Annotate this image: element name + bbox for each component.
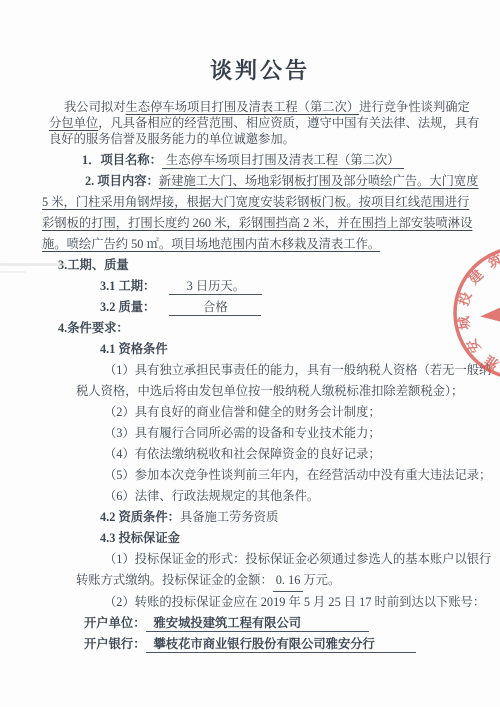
bid-bond-heading: 4.3 投标保证金 xyxy=(100,528,476,549)
intro-line-3: 良好的服务信誉及服务能力的单位诚邀参加。 xyxy=(49,131,476,147)
quality-value: 合格 xyxy=(169,300,261,316)
condition-text: （4）有依法缴纳税收和社会保障资金的良好记录； xyxy=(76,447,381,461)
condition-4: （4）有依法缴纳税收和社会保障资金的良好记录； xyxy=(76,444,476,465)
bank-row: 开户银行：攀枝花市商业银行股份有限公司雅安分行 xyxy=(84,634,476,655)
project-content-label: 2. 项目内容： xyxy=(85,174,159,188)
bank-label: 开户银行： xyxy=(84,637,146,651)
condition-5: （5）参加本次竞争性谈判前三年内，在经营活动中没有重大违法记录； xyxy=(76,465,476,486)
bid-bond-amount-pre: 转账方式缴纳。投标保证金的金额： xyxy=(76,573,273,587)
project-name-value: 生态停车场项目打围及清表工程（第二次） xyxy=(162,153,404,169)
bid-bond-deadline: （2）转账的投标保证金应在 2019 年 5 月 25 日 17 时前到达以下账… xyxy=(76,592,476,613)
condition-6: （6）法律、行政法规规定的其他条件。 xyxy=(76,486,476,507)
project-content-line-2: 5 米，门柱采用角钢焊接，根据大门宽度安装彩钢板门板。按项目红线范围进行 xyxy=(42,192,476,213)
condition-text: （5）参加本次竞争性谈判前三年内，在经营活动中没有重大违法记录； xyxy=(76,468,491,482)
document-content: 谈判公告 我公司拟对生态停车场项目打围及清表工程（第二次）进行竞争性谈判确定 分… xyxy=(44,0,476,655)
subcontract-unit-underlined: 分包单位 xyxy=(49,116,98,130)
intro-text: ，凡具备相应的经营范围、相应资质，遵守中国有关法律、法规，具有 xyxy=(98,116,479,130)
quality-label: 3.2 质量： xyxy=(100,300,155,314)
condition-1: （1）具有独立承担民事责任的能力，具有一般纳税人资格（若无一般纳 税人资格，中选… xyxy=(76,360,476,402)
condition-2: （2）具有良好的商业信誉和健全的财务会计制度； xyxy=(76,402,476,423)
intro-text: 进行竞争性谈判确定 xyxy=(359,100,470,114)
qualification-heading: 4.1 资格条件 xyxy=(100,339,476,360)
condition-text: （3）具有履行合同所必需的设备和专业技术能力； xyxy=(76,426,381,440)
project-name-label: 1．项目名称： xyxy=(82,153,162,167)
bid-bond-amount-value: 0. 16 xyxy=(273,570,304,592)
condition-text: （2）具有良好的商业信誉和健全的财务会计制度； xyxy=(76,405,381,419)
bid-bond-deadline-text: （2）转账的投标保证金应在 2019 年 5 月 25 日 17 时前到达以下账… xyxy=(76,595,485,609)
account-name-row: 开户单位：雅安城投建筑工程有限公司 xyxy=(84,613,476,634)
condition-text: （6）法律、行政法规规定的其他条件。 xyxy=(76,489,319,503)
duration-label: 3.1 工期： xyxy=(100,279,155,293)
document-body: 1．项目名称：生态停车场项目打围及清表工程（第二次） 2. 项目内容：新建施工大… xyxy=(44,150,476,655)
intro-line-2: 分包单位，凡具备相应的经营范围、相应资质，遵守中国有关法律、法规，具有 xyxy=(49,115,476,131)
project-content-section: 2. 项目内容：新建施工大门、场地彩钢板打围及部分喷绘广告。大门宽度 5 米，门… xyxy=(42,171,476,255)
intro-paragraph: 我公司拟对生态停车场项目打围及清表工程（第二次）进行竞争性谈判确定 分包单位，凡… xyxy=(49,99,476,147)
project-content-line-3: 彩钢板的打围，打围长度约 260 米，彩钢围挡高 2 米，并在围挡上部安装喷淋设 xyxy=(42,213,476,234)
section-3-heading: 3.工期、质量 xyxy=(58,255,476,276)
scan-smudge xyxy=(0,263,66,266)
seal-star-icon xyxy=(480,276,500,352)
project-content-line-4: 施。喷绘广告约 50 ㎡。项目场地范围内苗木移栽及清表工作。 xyxy=(42,234,476,255)
bid-bond-form-line-2: 转账方式缴纳。投标保证金的金额：0. 16万元。 xyxy=(76,570,476,592)
scan-smudge xyxy=(0,271,26,273)
account-name-label: 开户单位： xyxy=(84,616,146,630)
qualification-requirement-label: 4.2 资质条件： xyxy=(100,510,180,524)
qualification-requirement-row: 4.2 资质条件：具备施工劳务资质 xyxy=(100,507,476,528)
project-content-text: 新建施工大门、场地彩钢板打围及部分喷绘广告。大门宽度 xyxy=(159,174,479,188)
project-name-underlined: 生态停车场项目打围及清表工程（第二次） xyxy=(126,100,360,114)
project-content-line-1: 2. 项目内容：新建施工大门、场地彩钢板打围及部分喷绘广告。大门宽度 xyxy=(42,171,476,192)
intro-line-1: 我公司拟对生态停车场项目打围及清表工程（第二次）进行竞争性谈判确定 xyxy=(49,99,476,115)
quality-row: 3.2 质量：合格 xyxy=(100,297,476,318)
condition-1-line-1: （1）具有独立承担民事责任的能力，具有一般纳税人资格（若无一般纳 xyxy=(76,360,476,381)
account-name-value: 雅安城投建筑工程有限公司 xyxy=(146,616,369,632)
duration-value: 3 日历天。 xyxy=(169,279,262,295)
bid-bond-form: （1）投标保证金的形式：投标保证金必须通过参选人的基本账户以银行 转账方式缴纳。… xyxy=(76,549,476,592)
scanned-document-page: 谈判公告 我公司拟对生态停车场项目打围及清表工程（第二次）进行竞争性谈判确定 分… xyxy=(0,0,500,707)
project-name-row: 1．项目名称：生态停车场项目打围及清表工程（第二次） xyxy=(82,150,476,171)
page-title: 谈判公告 xyxy=(44,56,476,86)
duration-row: 3.1 工期：3 日历天。 xyxy=(100,276,476,297)
condition-3: （3）具有履行合同所必需的设备和专业技术能力； xyxy=(76,423,476,444)
bid-bond-amount-unit: 万元。 xyxy=(303,573,340,587)
qualification-requirement-value: 具备施工劳务资质 xyxy=(180,510,278,524)
bank-value: 攀枝花市商业银行股份有限公司雅安分行 xyxy=(146,637,416,653)
section-4-heading: 4.条件要求： xyxy=(58,318,476,339)
intro-text: 我公司拟对 xyxy=(64,100,126,114)
bid-bond-form-line-1: （1）投标保证金的形式：投标保证金必须通过参选人的基本账户以银行 xyxy=(76,549,476,570)
condition-1-line-2: 税人资格，中选后将由发包单位按一般纳税人缴税标准扣除差额税金）； xyxy=(76,381,476,402)
